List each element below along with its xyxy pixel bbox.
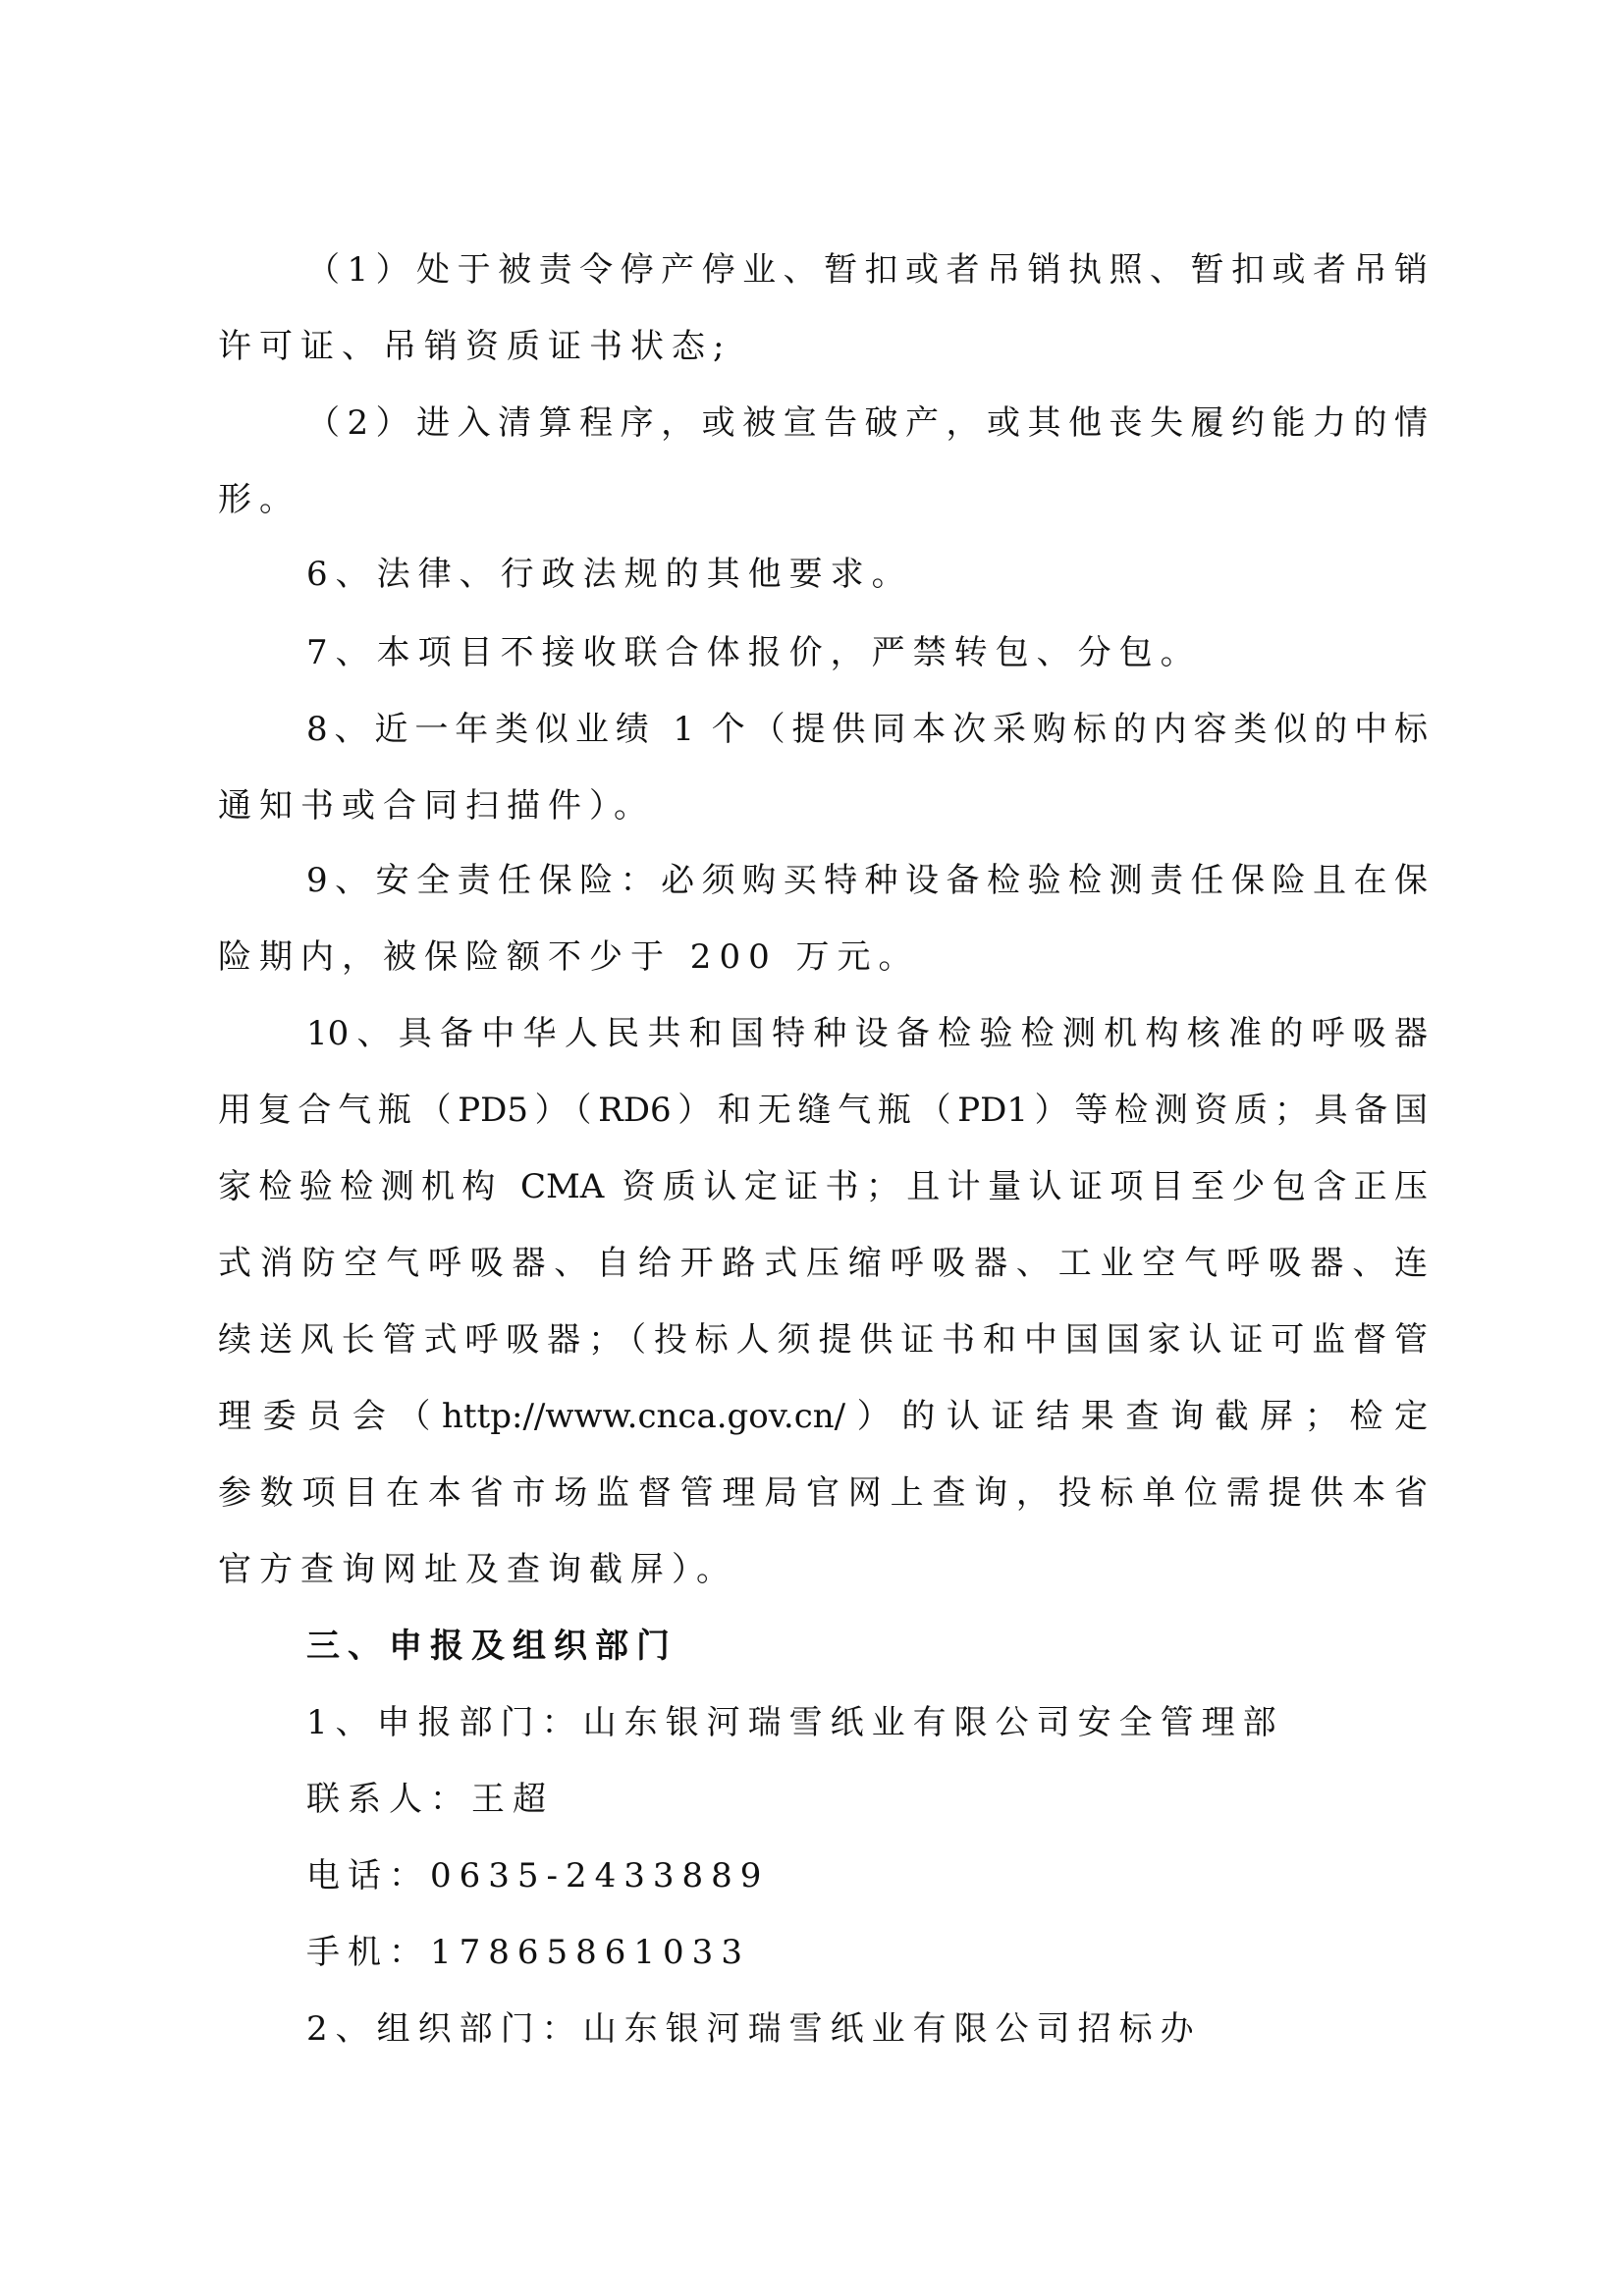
organizing-department: 2、组织部门：山东银河瑞雪纸业有限公司招标办 (306, 2000, 1428, 2058)
paragraph-line: 用复合气瓶（PD5）（RD6）和无缝气瓶（PD1）等检测资质；具备国 (218, 1081, 1428, 1140)
declaring-department: 1、申报部门：山东银河瑞雪纸业有限公司安全管理部 (306, 1693, 1428, 1752)
paragraph-line: 险期内，被保险额不少于 200 万元。 (218, 928, 1428, 987)
paragraph-line: 许可证、吊销资质证书状态; (218, 317, 1428, 376)
paragraph-line: 8、近一年类似业绩 1 个（提供同本次采购标的内容类似的中标 (306, 700, 1428, 759)
phone-number: 电话：0635-2433889 (306, 1846, 1428, 1905)
document-page: （1）处于被责令停产停业、暂扣或者吊销执照、暂扣或者吊销 许可证、吊销资质证书状… (0, 0, 1624, 2296)
mobile-number: 手机：17865861033 (306, 1923, 1428, 1982)
paragraph-line: 9、安全责任保险：必须购买特种设备检验检测责任保险且在保 (306, 851, 1428, 910)
section-heading: 三、申报及组织部门 (306, 1617, 1428, 1676)
paragraph-line: 形。 (218, 470, 1428, 529)
paragraph-line: 通知书或合同扫描件）。 (218, 776, 1428, 835)
paragraph-line: 7、本项目不接收联合体报价，严禁转包、分包。 (306, 623, 1428, 682)
paragraph-line: 参数项目在本省市场监督管理局官网上查询，投标单位需提供本省 (218, 1464, 1428, 1522)
paragraph-line: （1）处于被责令停产停业、暂扣或者吊销执照、暂扣或者吊销 (306, 240, 1428, 299)
paragraph-line: 官方查询网址及查询截屏）。 (218, 1540, 1428, 1599)
paragraph-line: （2）进入清算程序，或被宣告破产，或其他丧失履约能力的情 (306, 394, 1428, 453)
contact-person: 联系人：王超 (306, 1770, 1428, 1829)
paragraph-line: 续送风长管式呼吸器；（投标人须提供证书和中国国家认证可监督管 (218, 1310, 1428, 1369)
paragraph-line: 10、具备中华人民共和国特种设备检验检测机构核准的呼吸器 (306, 1004, 1428, 1063)
paragraph-line: 家检验检测机构 CMA 资质认定证书；且计量认证项目至少包含正压 (218, 1157, 1428, 1216)
paragraph-line: 式消防空气呼吸器、自给开路式压缩呼吸器、工业空气呼吸器、连 (218, 1234, 1428, 1293)
paragraph-line: 理委员会（http://www.cnca.gov.cn/）的认证结果查询截屏；检… (218, 1387, 1428, 1446)
paragraph-line: 6、法律、行政法规的其他要求。 (306, 545, 1428, 604)
